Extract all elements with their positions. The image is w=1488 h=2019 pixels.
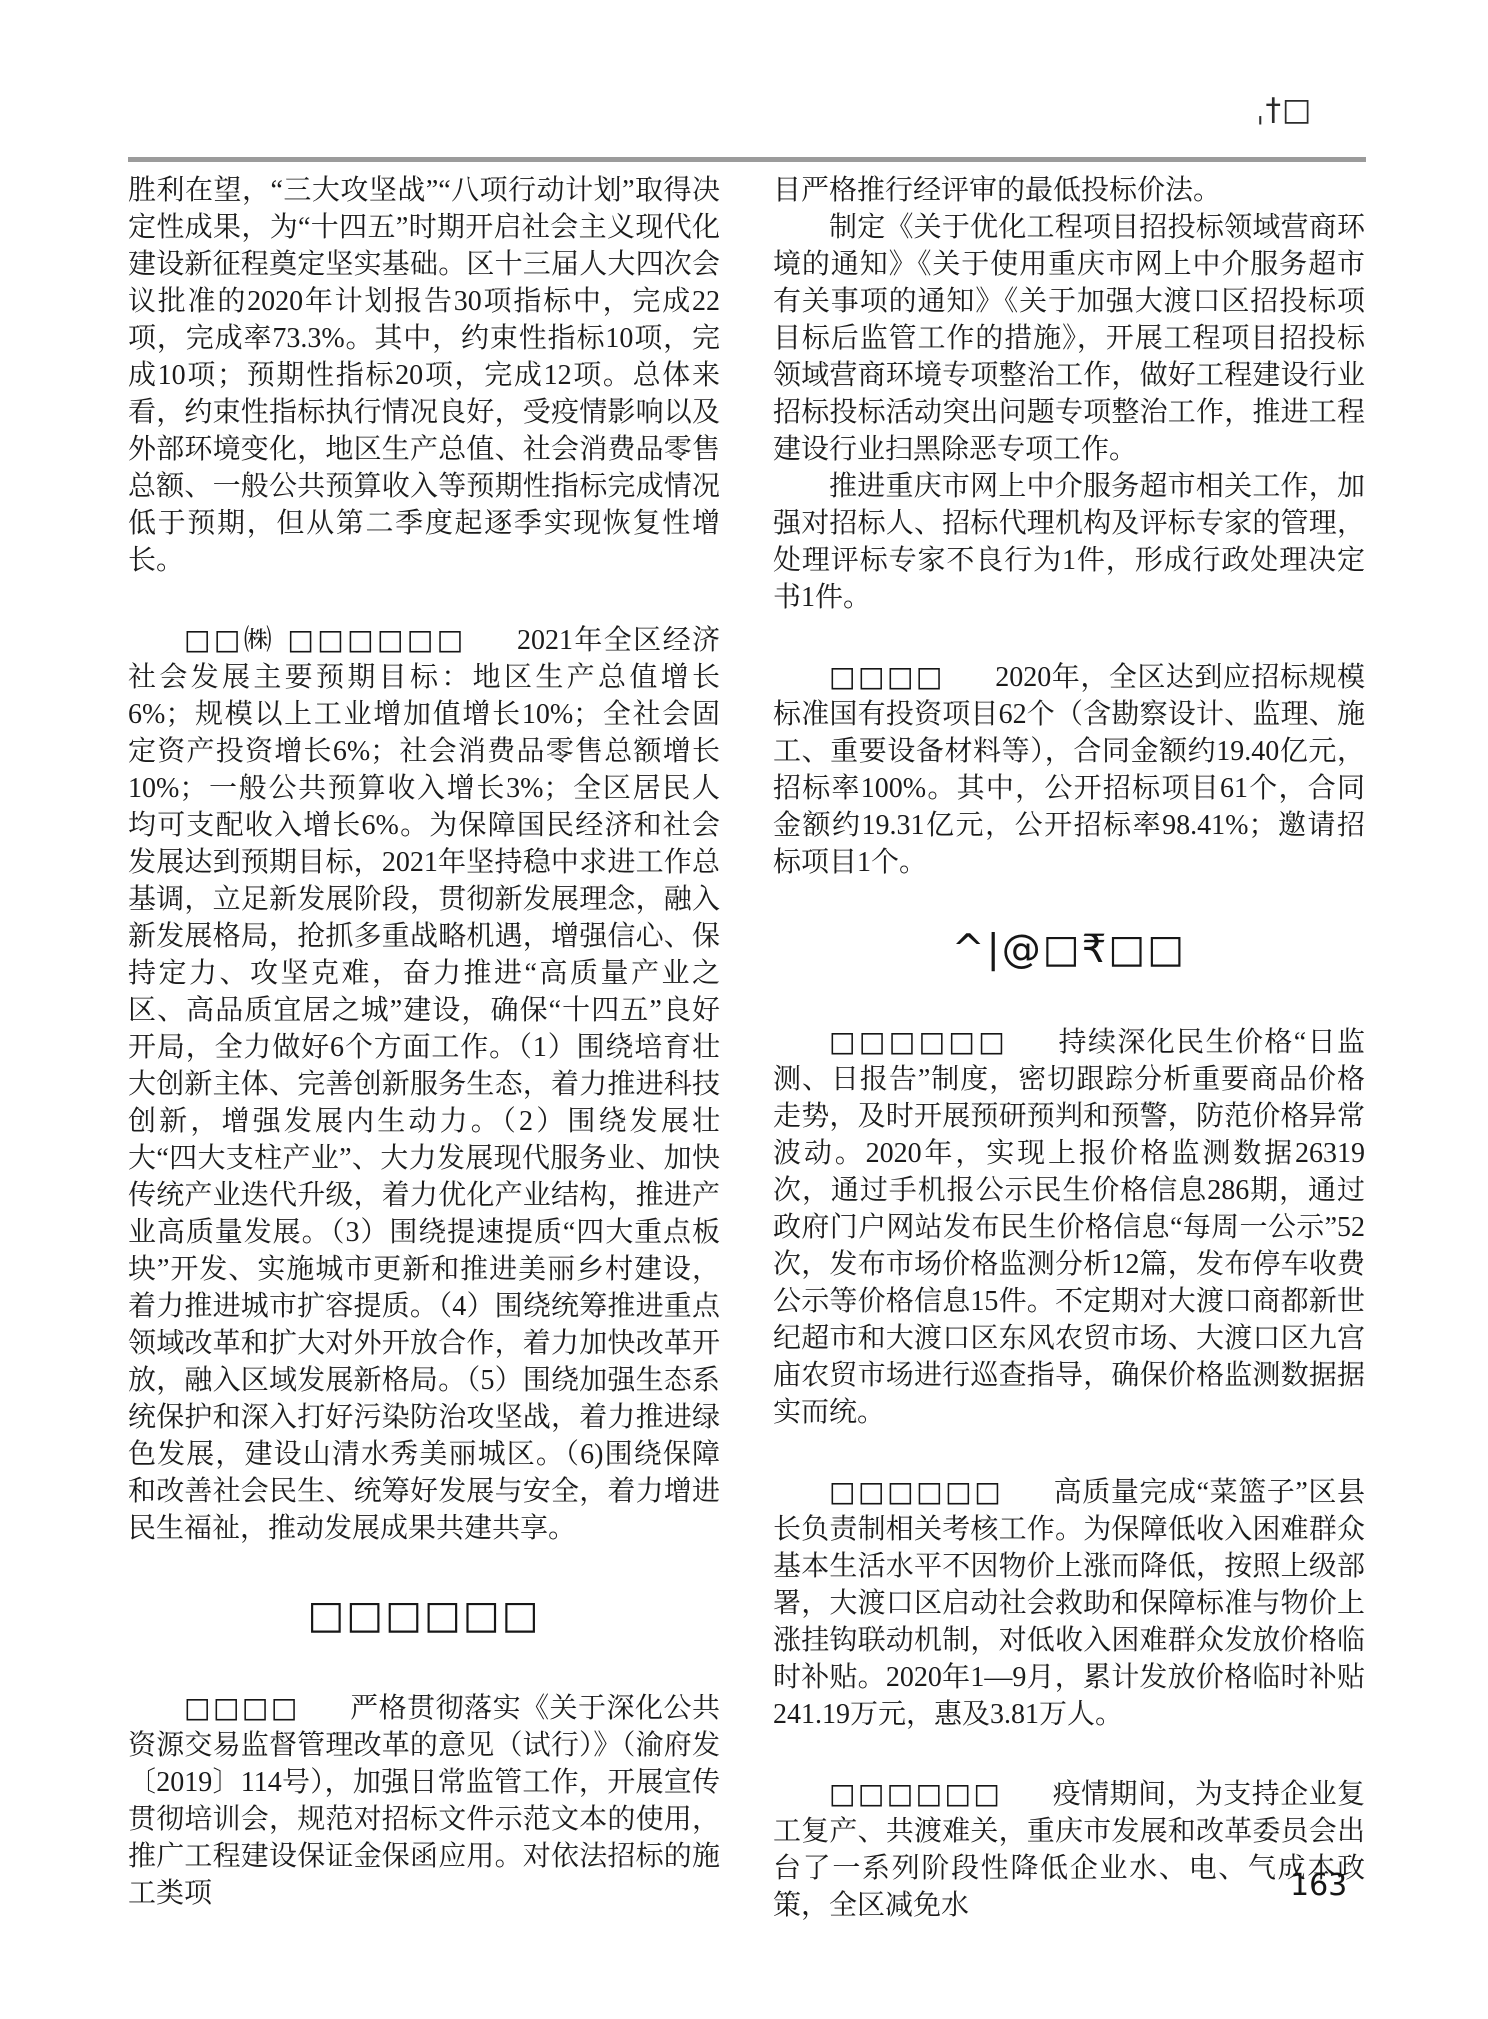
body-paragraph: □□□□□□高质量完成“菜篮子”区县长负责制相关考核工作。为保障低收入困难群众基… xyxy=(773,1473,1365,1733)
paragraph-run-in-heading: □□□□□□ xyxy=(829,1777,1002,1810)
paragraph-text: 2020年，全区达到应招标规模标准国有投资项目62个（含勘察设计、监理、施工、重… xyxy=(773,662,1365,878)
body-paragraph: □□□□2020年，全区达到应招标规模标准国有投资项目62个（含勘察设计、监理、… xyxy=(773,658,1365,881)
left-column: 胜利在望，“三大攻坚战”“八项行动计划”取得决定性成果，为“十四五”时期开启社会… xyxy=(128,172,720,1912)
header-rule xyxy=(128,157,1366,162)
body-paragraph: □□㈱ □□□□□□2021年全区经济社会发展主要预期目标：地区生产总值增长6%… xyxy=(128,621,720,1547)
body-paragraph: 目严格推行经评审的最低投标价法。 xyxy=(773,172,1365,209)
page-number: 163 xyxy=(1290,1868,1347,1903)
running-head-glyph: ˌ†□ xyxy=(1256,92,1312,128)
body-paragraph: □□□□□□疫情期间，为支持企业复工复产、共渡难关，重庆市发展和改革委员会出台了… xyxy=(773,1775,1365,1924)
paragraph-run-in-heading: □□□□□□ xyxy=(829,1025,1008,1058)
paragraph-text: 推进重庆市网上中介服务超市相关工作，加强对招标人、招标代理机构及评标专家的管理，… xyxy=(773,471,1365,613)
section-heading: □□□□□□ xyxy=(128,1593,720,1639)
paragraph-run-in-heading: □□□□ xyxy=(184,1691,300,1724)
paragraph-text: 目严格推行经评审的最低投标价法。 xyxy=(773,175,1221,206)
paragraph-run-in-heading: □□㈱ □□□□□□ xyxy=(184,623,467,656)
paragraph-text: 2021年全区经济社会发展主要预期目标：地区生产总值增长6%；规模以上工业增加值… xyxy=(128,625,720,1544)
body-paragraph: 推进重庆市网上中介服务超市相关工作，加强对招标人、招标代理机构及评标专家的管理，… xyxy=(773,468,1365,616)
body-paragraph: □□□□严格贯彻落实《关于深化公共资源交易监督管理改革的意见（试行）》（渝府发〔… xyxy=(128,1689,720,1912)
paragraph-text: 严格贯彻落实《关于深化公共资源交易监督管理改革的意见（试行）》（渝府发〔2019… xyxy=(128,1693,720,1909)
paragraph-text: 制定《关于优化工程项目招投标领域营商环境的通知》《关于使用重庆市网上中介服务超市… xyxy=(773,212,1365,465)
paragraph-run-in-heading: □□□□□□ xyxy=(829,1475,1003,1508)
paragraph-text: 持续深化民生价格“日监测、日报告”制度，密切跟踪分析重要商品价格走势，及时开展预… xyxy=(773,1027,1365,1428)
body-paragraph: 制定《关于优化工程项目招投标领域营商环境的通知》《关于使用重庆市网上中介服务超市… xyxy=(773,209,1365,468)
body-paragraph: 胜利在望，“三大攻坚战”“八项行动计划”取得决定性成果，为“十四五”时期开启社会… xyxy=(128,172,720,579)
section-heading: ^|@□₹□□ xyxy=(773,927,1365,973)
paragraph-text: 胜利在望，“三大攻坚战”“八项行动计划”取得决定性成果，为“十四五”时期开启社会… xyxy=(128,175,720,576)
yearbook-page: ˌ†□ 胜利在望，“三大攻坚战”“八项行动计划”取得决定性成果，为“十四五”时期… xyxy=(0,0,1488,2019)
right-column: 目严格推行经评审的最低投标价法。制定《关于优化工程项目招投标领域营商环境的通知》… xyxy=(773,172,1365,1924)
paragraph-run-in-heading: □□□□ xyxy=(829,660,945,693)
paragraph-text: 高质量完成“菜篮子”区县长负责制相关考核工作。为保障低收入困难群众基本生活水平不… xyxy=(773,1477,1365,1730)
body-paragraph: □□□□□□持续深化民生价格“日监测、日报告”制度，密切跟踪分析重要商品价格走势… xyxy=(773,1023,1365,1431)
